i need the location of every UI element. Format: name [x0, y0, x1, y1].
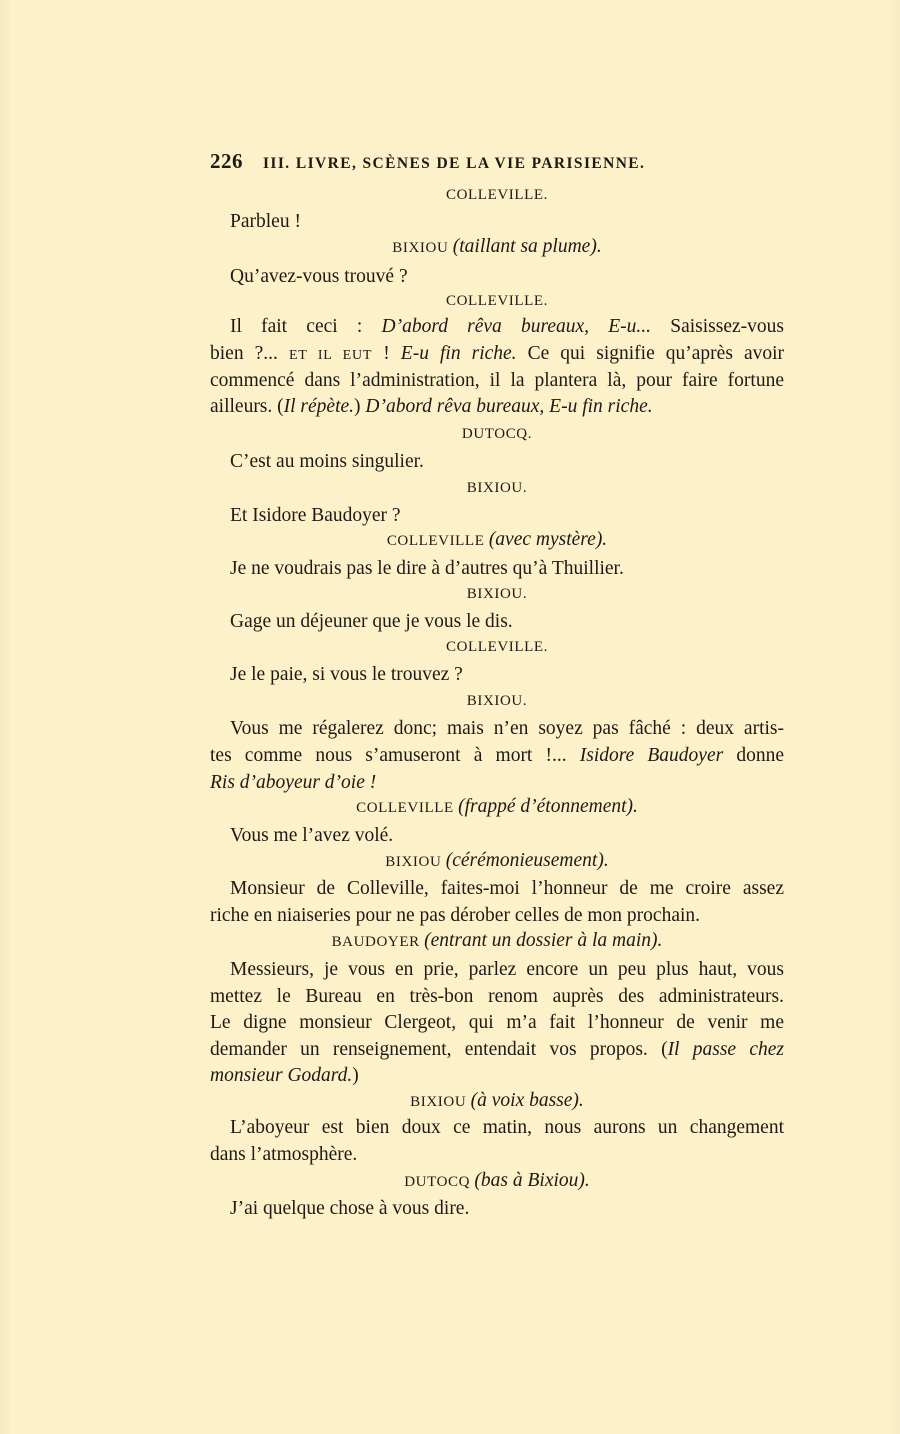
- speaker-label: BAUDOYER (entrant un dossier à la main).: [210, 930, 784, 953]
- dialogue-line: Le digne monsieur Clergeot, qui m’a fait…: [210, 1010, 784, 1036]
- dialogue-line: Vous me l’avez volé.: [230, 823, 804, 849]
- dialogue-line: Gage un déjeuner que je vous le dis.: [230, 609, 804, 635]
- dialogue-line: Ris d’aboyeur d’oie !: [210, 770, 784, 796]
- speaker-label: DUTOCQ.: [210, 423, 784, 445]
- dialogue-line: mettez le Bureau en très-bon renom auprè…: [210, 984, 784, 1010]
- dialogue-line: Parbleu !: [230, 209, 804, 235]
- dialogue-line: Monsieur de Colleville, faites-moi l’hon…: [230, 876, 784, 902]
- speaker-label: COLLEVILLE.: [210, 290, 784, 312]
- speaker-label: BIXIOU.: [210, 477, 784, 499]
- dialogue-line: Je ne voudrais pas le dire à d’autres qu…: [230, 556, 804, 582]
- dialogue-line: bien ?... ET IL EUT ! E-u fin riche. Ce …: [210, 341, 784, 369]
- dialogue-line: Je le paie, si vous le trouvez ?: [230, 662, 804, 688]
- speaker-label: BIXIOU.: [210, 583, 784, 605]
- dialogue-line: monsieur Godard.): [210, 1063, 784, 1089]
- dialogue-line: Qu’avez-vous trouvé ?: [230, 264, 804, 290]
- dialogue-line: Il fait ceci : D’abord rêva bureaux, E-u…: [230, 314, 784, 340]
- dialogue-line: demander un renseignement, entendait vos…: [210, 1037, 784, 1063]
- speaker-label: BIXIOU (taillant sa plume).: [210, 236, 784, 259]
- dialogue-line: ailleurs. (Il répète.) D’abord rêva bure…: [210, 394, 784, 420]
- speaker-label: DUTOCQ (bas à Bixiou).: [210, 1170, 784, 1193]
- speaker-label: BIXIOU (à voix basse).: [210, 1090, 784, 1113]
- speaker-label: BIXIOU.: [210, 690, 784, 712]
- dialogue-line: dans l’atmosphère.: [210, 1142, 784, 1168]
- speaker-label: COLLEVILLE.: [210, 636, 784, 658]
- speaker-label: COLLEVILLE.: [210, 184, 784, 206]
- dialogue-line: C’est au moins singulier.: [230, 449, 804, 475]
- dialogue-line: commencé dans l’administration, il la pl…: [210, 368, 784, 394]
- dialogue-line: riche en niaiseries pour ne pas dérober …: [210, 903, 784, 929]
- page-number: 226: [210, 149, 243, 174]
- running-header: 226 III. LIVRE, SCÈNES DE LA VIE PARISIE…: [210, 149, 790, 174]
- book-page: 226 III. LIVRE, SCÈNES DE LA VIE PARISIE…: [0, 0, 900, 1434]
- running-title: III. LIVRE, SCÈNES DE LA VIE PARISIENNE.: [263, 155, 645, 173]
- dialogue-line: Vous me régalerez donc; mais n’en soyez …: [230, 716, 784, 742]
- dialogue-line: J’ai quelque chose à vous dire.: [230, 1196, 804, 1222]
- speaker-label: COLLEVILLE (avec mystère).: [210, 529, 784, 552]
- dialogue-line: Et Isidore Baudoyer ?: [230, 503, 804, 529]
- dialogue-line: tes comme nous s’amuseront à mort !... I…: [210, 743, 784, 769]
- speaker-label: COLLEVILLE (frappé d’étonnement).: [210, 796, 784, 819]
- dialogue-line: L’aboyeur est bien doux ce matin, nous a…: [230, 1115, 784, 1141]
- dialogue-line: Messieurs, je vous en prie, parlez encor…: [230, 957, 784, 983]
- speaker-label: BIXIOU (cérémonieusement).: [210, 850, 784, 873]
